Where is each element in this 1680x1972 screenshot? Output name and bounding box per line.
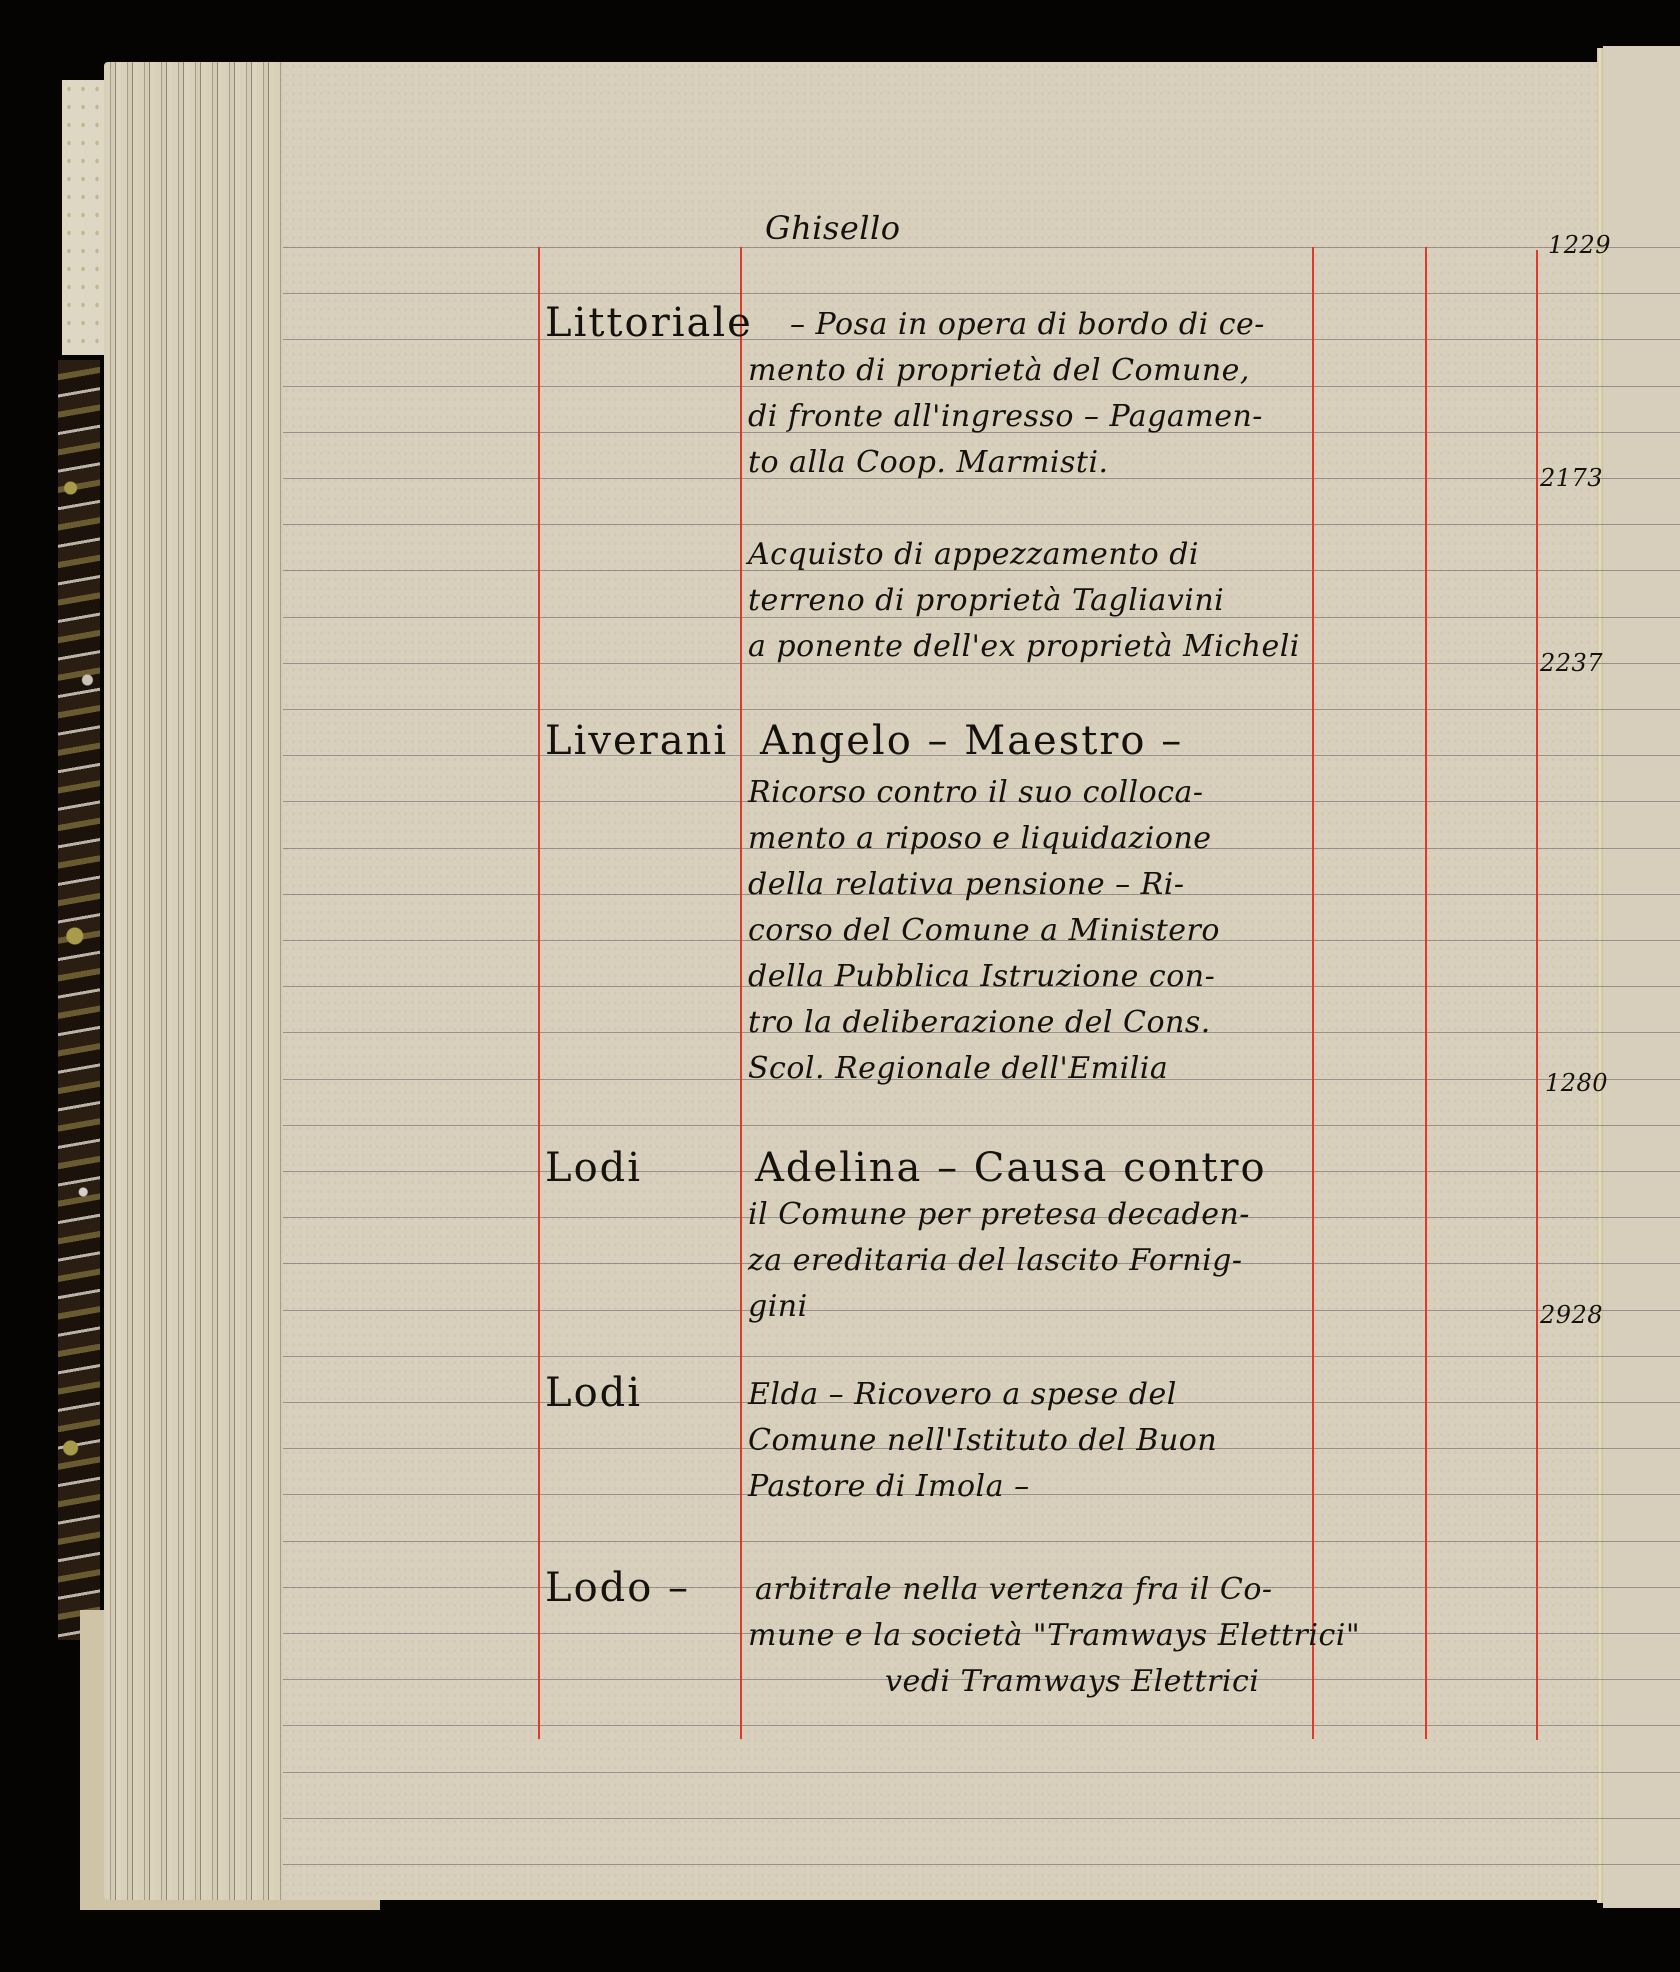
margin-line-col2 [1425,247,1427,1739]
page-ref: 2928 [1540,1292,1603,1338]
entry-line: Comune nell'Istituto del Buon [748,1418,1217,1464]
entry-line: gini [748,1284,808,1330]
entry-line: Ricorso contro il suo colloca- [748,770,1204,816]
entry-line: mento a riposo e liquidazione [748,816,1212,862]
entry-line: Angelo – Maestro – [760,718,1183,764]
page-ref: 1229 [1548,222,1611,268]
entry-line: Pastore di Imola – [748,1464,1030,1510]
endpaper [62,80,106,355]
entry-line: mune e la società "Tramways Elettrici" [748,1613,1360,1659]
entry-line: arbitrale nella vertenza fra il Co- [755,1567,1273,1613]
entry-line: Acquisto di appezzamento di [748,532,1199,578]
entry-line: Scol. Regionale dell'Emilia [748,1046,1168,1092]
entry-line: – Posa in opera di bordo di ce- [790,302,1265,348]
entry-surname: Liverani [545,718,728,764]
page-ref: 2173 [1540,455,1603,501]
book-spine [1597,48,1603,1903]
margin-line-name-right [740,247,742,1739]
ruled-line [283,1772,1680,1773]
page-stack [104,62,284,1900]
ruled-line [283,293,1680,294]
entry-surname: Lodi [545,1145,642,1191]
entry-line: mento di proprietà del Comune, [748,348,1250,394]
facing-page [1603,46,1680,1908]
ruled-line [283,1864,1680,1865]
page-header: Ghisello [765,205,901,251]
entry-line: Adelina – Causa contro [755,1145,1267,1191]
margin-line-ref [1536,250,1538,1740]
entry-surname: Lodi [545,1370,642,1416]
page-ref: 2237 [1540,640,1603,686]
entry-line: vedi Tramways Elettrici [885,1659,1259,1705]
ruled-line [283,1541,1680,1542]
entry-line: della Pubblica Istruzione con- [748,954,1215,1000]
entry-line: za ereditaria del lascito Fornig- [748,1238,1243,1284]
ruled-line [283,709,1680,710]
margin-line-name-left [538,247,540,1739]
entry-line: a ponente dell'ex proprietà Micheli [748,624,1300,670]
entry-line: corso del Comune a Ministero [748,908,1220,954]
margin-line-desc-right [1312,247,1314,1739]
ruled-line [283,524,1680,525]
entry-line: il Comune per pretesa decaden- [748,1192,1250,1238]
entry-line: tro la deliberazione del Cons. [748,1000,1211,1046]
ruled-line [283,247,1680,248]
ruled-line [283,1310,1680,1311]
ruled-line [283,1818,1680,1819]
entry-line: terreno di proprietà Tagliavini [748,578,1224,624]
entry-line: Elda – Ricovero a spese del [748,1372,1177,1418]
entry-line: della relativa pensione – Ri- [748,862,1184,908]
ruled-line [283,1125,1680,1126]
marbled-cover [58,360,100,1640]
page-ref: 1280 [1545,1060,1608,1106]
ruled-line [283,1356,1680,1357]
ruled-line [283,1725,1680,1726]
entry-line: to alla Coop. Marmisti. [748,440,1109,486]
entry-surname: Lodo – [545,1565,690,1611]
entry-line: di fronte all'ingresso – Pagamen- [748,394,1263,440]
entry-surname: Littoriale [545,300,753,346]
